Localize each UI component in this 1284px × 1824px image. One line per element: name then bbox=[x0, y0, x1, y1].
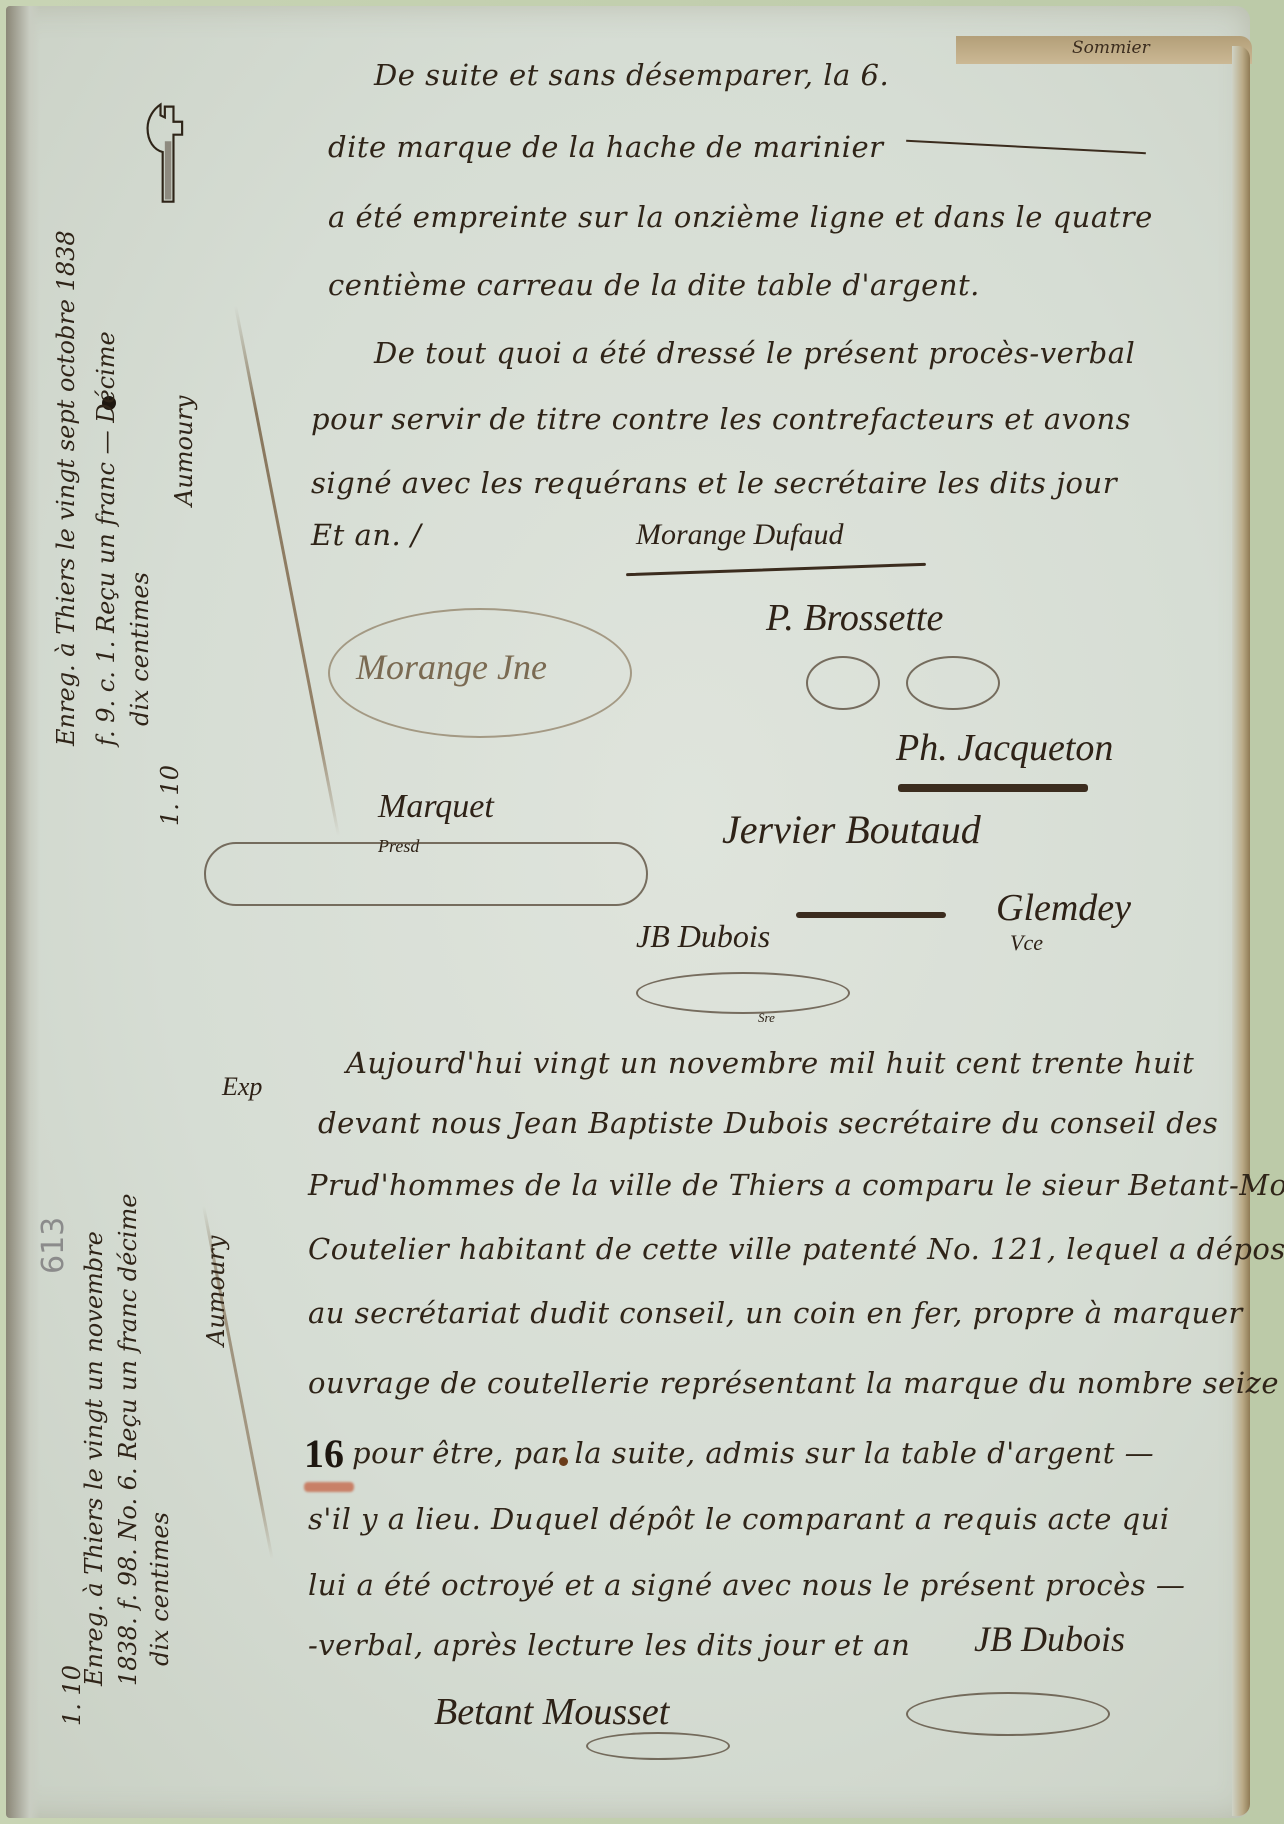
signature: Ph. Jacqueton bbox=[896, 726, 1113, 770]
signature-flourish bbox=[204, 842, 648, 906]
text-line: Prud'hommes de la ville de Thiers a comp… bbox=[308, 1168, 1284, 1202]
signature: Jervier Boutaud bbox=[722, 806, 981, 853]
text-line: signé avec les requérans et le secrétair… bbox=[311, 466, 1117, 500]
margin-note-line: f. 9. c. 1. Reçu un franc — Décime bbox=[92, 331, 120, 746]
signature-title: Sre bbox=[758, 1010, 775, 1026]
signature-title: Vce bbox=[1010, 930, 1043, 956]
margin-note-line: Enreg. à Thiers le vingt sept octobre 18… bbox=[52, 230, 80, 746]
signature: P. Brossette bbox=[766, 596, 943, 640]
signature-flourish bbox=[796, 912, 946, 918]
margin-note-signature: Aumoury bbox=[170, 396, 198, 506]
signature-flourish bbox=[586, 1732, 730, 1760]
text-line: s'il y a lieu. Duquel dépôt le comparant… bbox=[308, 1502, 1170, 1536]
margin-note-signature: Aumoury bbox=[202, 1236, 230, 1346]
text-line: devant nous Jean Baptiste Dubois secréta… bbox=[318, 1106, 1218, 1140]
text-line: Aujourd'hui vingt un novembre mil huit c… bbox=[346, 1046, 1194, 1080]
signature-flourish bbox=[636, 972, 850, 1014]
text-line: au secrétariat dudit conseil, un coin en… bbox=[308, 1296, 1243, 1330]
text-line: De tout quoi a été dressé le présent pro… bbox=[374, 336, 1135, 370]
header-corner-note: Sommier bbox=[1072, 38, 1150, 58]
signature: JB Dubois bbox=[636, 918, 770, 955]
margin-note-line: 1838. f. 98. No. 6. Reçu un franc décime bbox=[114, 1194, 142, 1686]
pencil-folio-number: 613 bbox=[36, 1217, 71, 1274]
text-line: lui a été octroyé et a signé avec nous l… bbox=[308, 1568, 1185, 1602]
text-line: pour être, par la suite, admis sur la ta… bbox=[352, 1436, 1154, 1470]
margin-note-line: 1. 10 bbox=[156, 765, 184, 826]
text-line: Coutelier habitant de cette ville patent… bbox=[308, 1232, 1284, 1266]
page-binding-shadow bbox=[6, 6, 40, 1818]
signature-flourish bbox=[626, 563, 926, 576]
signature: Glemdey bbox=[996, 886, 1131, 930]
signature-flourish bbox=[806, 656, 880, 710]
axe-mark-icon bbox=[142, 98, 192, 206]
mark-number: 16 bbox=[304, 1430, 344, 1477]
text-line: De suite et sans désemparer, la 6. bbox=[374, 58, 889, 92]
margin-flourish-stroke bbox=[234, 305, 340, 836]
signature: Marquet bbox=[378, 788, 494, 826]
signature: Morange Jne bbox=[356, 646, 547, 688]
margin-note-line: Enreg. à Thiers le vingt un novembre bbox=[80, 1231, 108, 1686]
text-line: -verbal, après lecture les dits jour et … bbox=[308, 1628, 910, 1662]
margin-label-exp: Exp bbox=[222, 1072, 262, 1102]
signature: Morange Dufaud bbox=[636, 518, 843, 552]
text-line: pour servir de titre contre les contrefa… bbox=[311, 402, 1131, 436]
text-line: centième carreau de la dite table d'arge… bbox=[328, 268, 980, 302]
text-line: ouvrage de coutellerie représentant la m… bbox=[308, 1366, 1279, 1400]
text-line: Et an. / bbox=[311, 518, 421, 552]
signature-flourish bbox=[898, 784, 1088, 792]
folded-page-top-edge: Sommier bbox=[956, 36, 1252, 64]
signature: Betant Mousset bbox=[434, 1690, 669, 1734]
signature-flourish bbox=[906, 656, 1000, 710]
margin-note-line: dix centimes bbox=[146, 1512, 174, 1666]
manuscript-page: Sommier De suite et sans désemparer, la … bbox=[6, 6, 1250, 1818]
text-line: dite marque de la hache de marinier bbox=[328, 130, 884, 164]
strikethrough bbox=[906, 140, 1146, 155]
red-underline-mark bbox=[304, 1482, 354, 1492]
margin-note-line: dix centimes bbox=[126, 572, 154, 726]
signature-flourish bbox=[906, 1692, 1110, 1736]
signature: JB Dubois bbox=[974, 1618, 1125, 1660]
text-line: a été empreinte sur la onzième ligne et … bbox=[328, 200, 1153, 234]
page-right-edge bbox=[1232, 46, 1250, 1816]
